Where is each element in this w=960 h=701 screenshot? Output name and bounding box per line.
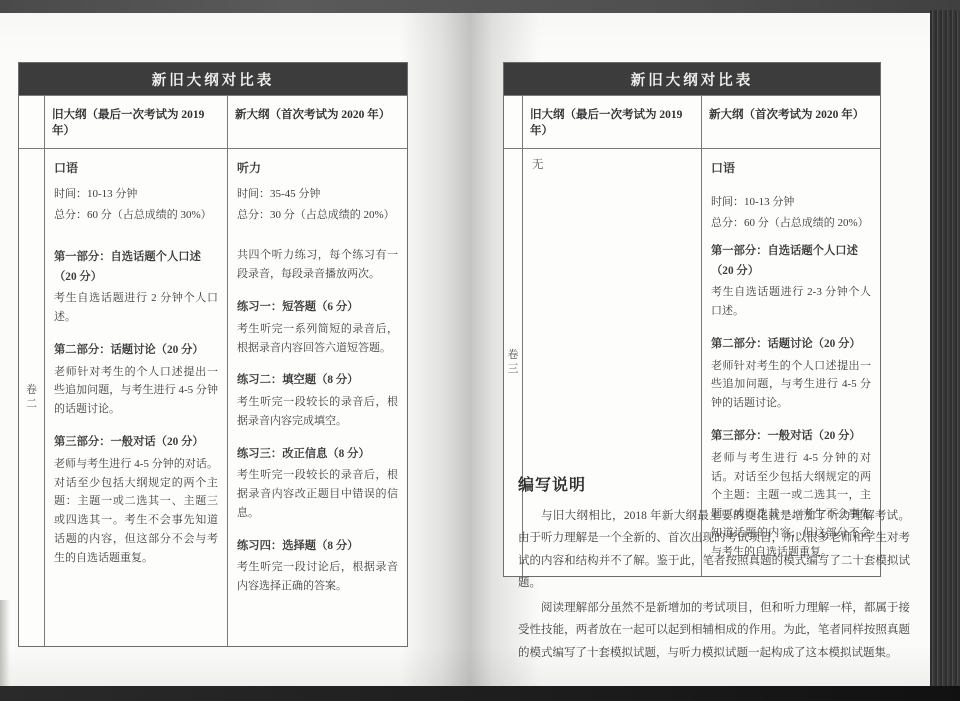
volume-label: 卷二 xyxy=(25,384,38,412)
volume-label: 卷三 xyxy=(507,349,520,377)
new-ex1-desc: 考生听完一系列简短的录音后，根据录音内容回答六道短答题。 xyxy=(237,320,398,358)
old-none-label: 无 xyxy=(532,156,692,176)
new-part1-heading: 第一部分：自选话题个人口述（20 分） xyxy=(711,242,871,281)
editorial-notes-section: 编写说明 与旧大纲相比，2018 年新大纲最主要的变化就是增加了听力理解考试。由… xyxy=(518,472,910,666)
new-ex3-heading: 练习三：改正信息（8 分） xyxy=(237,445,398,464)
old-part1-heading: 第一部分：自选话题个人口述（20 分） xyxy=(54,248,218,287)
new-intro: 共四个听力练习，每个练习有一段录音，每段录音播放两次。 xyxy=(237,246,398,284)
new-ex4-heading: 练习四：选择题（8 分） xyxy=(237,537,398,556)
notes-heading: 编写说明 xyxy=(518,472,910,495)
new-ex2-desc: 考生听完一段较长的录音后，根据录音内容完成填空。 xyxy=(237,393,398,431)
right-table-new-header: 新大纲（首次考试为 2020 年） xyxy=(701,95,880,148)
left-table-title: 新旧大纲对比表 xyxy=(19,63,407,95)
right-table-old-header: 旧大纲（最后一次考试为 2019 年） xyxy=(522,95,701,148)
notes-paragraph-2: 阅读理解部分虽然不是新增加的考试项目，但和听力理解一样，都属于接受性技能，两者放… xyxy=(518,597,910,664)
new-part3-heading: 第三部分：一般对话（20 分） xyxy=(711,427,871,446)
old-part2-heading: 第二部分：话题讨论（20 分） xyxy=(54,341,218,360)
photo-bottom-border xyxy=(0,686,960,701)
new-ex3-desc: 考生听完一段较长的录音后，根据录音内容改正题目中错误的信息。 xyxy=(237,466,398,523)
new-part2-desc: 老师针对考生的个人口述提出一些追加问题，与考生进行 4-5 分钟的话题讨论。 xyxy=(711,357,871,414)
left-comparison-table: 新旧大纲对比表 旧大纲（最后一次考试为 2019 年） 新大纲（首次考试为 20… xyxy=(18,62,408,647)
old-section-label: 口语 xyxy=(54,158,218,179)
new-section-label: 听力 xyxy=(237,158,398,179)
new-part2-heading: 第二部分：话题讨论（20 分） xyxy=(711,335,871,354)
right-table-title: 新旧大纲对比表 xyxy=(504,63,880,95)
left-table-row-label-cell: 卷二 xyxy=(19,148,44,646)
left-table-grid: 旧大纲（最后一次考试为 2019 年） 新大纲（首次考试为 2020 年） 卷二… xyxy=(19,95,407,646)
left-table-old-header: 旧大纲（最后一次考试为 2019 年） xyxy=(44,95,227,148)
old-part2-desc: 老师针对考生的个人口述提出一些追加问题，与考生进行 4-5 分钟的话题讨论。 xyxy=(54,363,218,420)
old-time: 时间：10-13 分钟 xyxy=(54,185,218,204)
old-part3-desc: 老师与考生进行 4-5 分钟的对话。对话至少包括大纲规定的两个主题：主题一或二选… xyxy=(54,455,218,568)
notes-paragraph-1: 与旧大纲相比，2018 年新大纲最主要的变化就是增加了听力理解考试。由于听力理解… xyxy=(518,505,910,595)
old-score: 总分：60 分（占总成绩的 30%） xyxy=(54,206,218,225)
old-part3-heading: 第三部分：一般对话（20 分） xyxy=(54,433,218,452)
new-section-label: 口语 xyxy=(711,158,871,179)
new-score: 总分：60 分（占总成绩的 20%） xyxy=(711,214,871,233)
new-ex2-heading: 练习二：填空题（8 分） xyxy=(237,371,398,390)
right-table-corner-cell xyxy=(504,95,522,148)
left-table-old-cell: 口语 时间：10-13 分钟 总分：60 分（占总成绩的 30%） 第一部分：自… xyxy=(44,148,227,646)
new-ex4-desc: 考生听完一段讨论后，根据录音内容选择正确的答案。 xyxy=(237,558,398,596)
left-table-corner-cell xyxy=(19,95,44,148)
new-ex1-heading: 练习一：短答题（6 分） xyxy=(237,298,398,317)
new-time: 时间：35-45 分钟 xyxy=(237,185,398,204)
photo-top-border xyxy=(0,0,960,13)
old-part1-desc: 考生自选话题进行 2 分钟个人口述。 xyxy=(54,289,218,327)
new-score: 总分：30 分（占总成绩的 20%） xyxy=(237,206,398,225)
book-page-edges xyxy=(930,10,960,690)
new-time: 时间：10-13 分钟 xyxy=(711,193,871,212)
page-edge-artifact xyxy=(0,600,10,686)
left-table-new-cell: 听力 时间：35-45 分钟 总分：30 分（占总成绩的 20%） 共四个听力练… xyxy=(227,148,407,646)
left-table-new-header: 新大纲（首次考试为 2020 年） xyxy=(227,95,407,148)
new-part1-desc: 考生自选话题进行 2-3 分钟个人口述。 xyxy=(711,283,871,321)
